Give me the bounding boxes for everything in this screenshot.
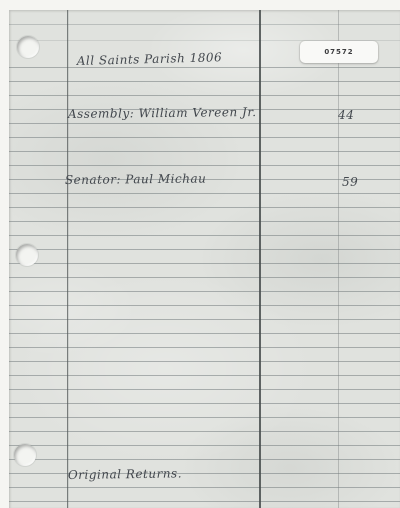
hole-punch-bottom <box>14 444 36 466</box>
catalog-number-sticker: 07572 <box>300 41 378 63</box>
ledger-page: 07572 All Saints Parish 1806 Assembly: W… <box>9 10 400 508</box>
scanned-document: 07572 All Saints Parish 1806 Assembly: W… <box>0 0 400 508</box>
catalog-number: 07572 <box>324 48 353 56</box>
entry-senator-value: 59 <box>342 174 358 190</box>
entry-assembly-label: Assembly: William Vereen Jr. <box>68 104 257 122</box>
hole-punch-middle <box>16 244 38 266</box>
footer-note: Original Returns. <box>68 465 182 483</box>
right-column-line <box>338 10 339 508</box>
hole-punch-top <box>17 36 39 58</box>
entry-senator-label: Senator: Paul Michau <box>65 171 207 188</box>
center-divider-line <box>259 10 261 508</box>
left-margin-line <box>67 10 68 508</box>
entry-assembly-value: 44 <box>338 107 354 123</box>
